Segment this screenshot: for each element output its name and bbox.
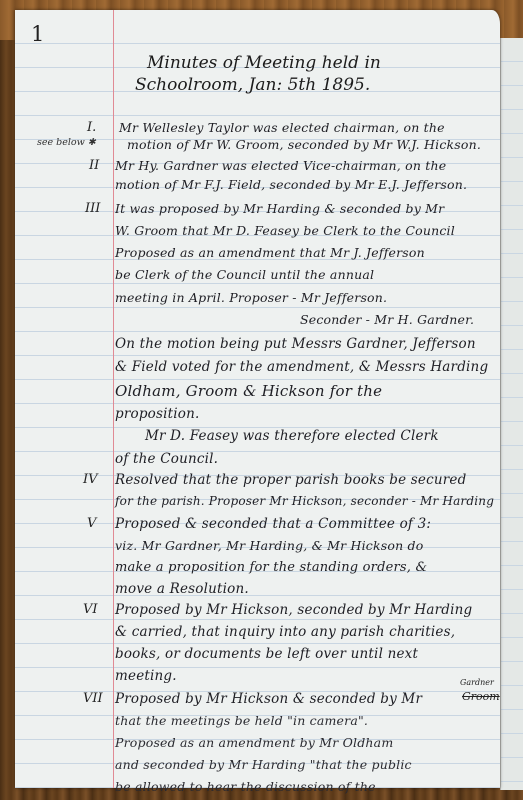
item-numeral: II: [89, 158, 99, 173]
insertion-above: Gardner: [460, 678, 494, 687]
item-numeral: VI: [83, 602, 98, 617]
item-line: Resolved that the proper parish books be…: [115, 472, 466, 488]
item-numeral: III: [85, 201, 100, 216]
item-line: books, or documents be left over until n…: [115, 646, 418, 662]
item-line: for the parish. Proposer Mr Hickson, sec…: [115, 494, 494, 508]
item-line: meeting in April. Proposer - Mr Jefferso…: [115, 290, 387, 305]
item-line: Proposed & seconded that a Committee of …: [115, 516, 431, 532]
struck-word: Groom: [462, 690, 500, 703]
item-line: It was proposed by Mr Harding & seconded…: [115, 201, 444, 216]
item-line: Proposed as an amendment that Mr J. Jeff…: [115, 245, 425, 260]
page-title: Minutes of Meeting held in Schoolroom, J…: [135, 52, 435, 96]
item-line: proposition.: [115, 406, 200, 422]
item-line: motion of Mr F.J. Field, seconded by Mr …: [115, 177, 467, 192]
item-line: & carried, that inquiry into any parish …: [115, 624, 455, 640]
item-line: & Field voted for the amendment, & Messr…: [115, 359, 488, 375]
item-line: Oldham, Groom & Hickson for the: [115, 382, 382, 400]
item-line: motion of Mr W. Groom, seconded by Mr W.…: [127, 137, 481, 152]
item-line: Mr Hy. Gardner was elected Vice-chairman…: [115, 158, 446, 173]
facing-page-edge: [500, 38, 523, 790]
item-line: of the Council.: [115, 451, 218, 467]
item-numeral: IV: [83, 472, 98, 487]
ledger-page: 1 Minutes of Meeting held in Schoolroom,…: [15, 10, 500, 788]
item-line: Proposed by Mr Hickson & seconded by Mr: [115, 691, 422, 707]
item-numeral: VII: [83, 691, 103, 706]
item-line: Mr D. Feasey was therefore elected Clerk: [145, 428, 439, 444]
item-line: Proposed as an amendment by Mr Oldham: [115, 735, 393, 750]
item-line: and seconded by Mr Harding "that the pub…: [115, 757, 412, 772]
item-line: meeting.: [115, 668, 177, 684]
item-line: Seconder - Mr H. Gardner.: [300, 312, 474, 327]
title-line-2: Schoolroom, Jan: 5th 1895.: [135, 74, 435, 96]
title-line-1: Minutes of Meeting held in: [135, 52, 435, 74]
item-line: be Clerk of the Council until the annual: [115, 267, 374, 282]
item-line: Mr Wellesley Taylor was elected chairman…: [119, 120, 445, 135]
page-number: 1: [31, 22, 44, 46]
item-numeral: I.: [87, 120, 96, 135]
item-line: move a Resolution.: [115, 581, 249, 597]
item-line: make a proposition for the standing orde…: [115, 560, 427, 575]
item-numeral: V: [87, 516, 96, 531]
item-line: be allowed to hear the discussion of the: [115, 779, 376, 794]
item-line: W. Groom that Mr D. Feasey be Clerk to t…: [115, 223, 455, 238]
item-line: On the motion being put Messrs Gardner, …: [115, 336, 476, 352]
margin-note: see below ✱: [37, 137, 96, 148]
item-line: Proposed by Mr Hickson, seconded by Mr H…: [115, 602, 472, 618]
item-line: that the meetings be held "in camera".: [115, 713, 368, 728]
item-line: viz. Mr Gardner, Mr Harding, & Mr Hickso…: [115, 538, 423, 553]
red-margin-line: [113, 10, 114, 788]
